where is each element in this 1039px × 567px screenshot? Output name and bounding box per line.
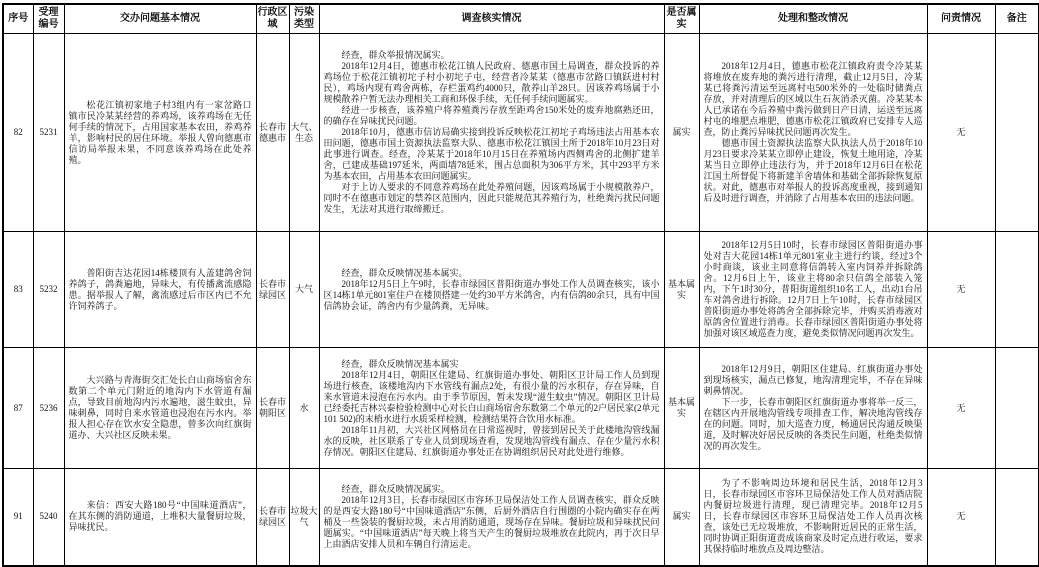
cell-case-no: 5236 xyxy=(33,348,64,469)
paragraph: 2018年12月5日10时，长春市绿园区普阳街道办事处对吉大花园14栋1单元80… xyxy=(704,240,923,339)
paragraph: 2018年11月初，大兴社区网格员在日常巡视时，曾接到居民关于此楼地沟管线漏水的… xyxy=(324,425,660,458)
cell-investigation: 经查，群众反映情况属实。2018年12月3日，长春市绿园区市容环卫局保洁处工作人… xyxy=(319,469,664,566)
col-header-handling: 处理和整改情况 xyxy=(699,4,927,34)
cell-seq: 82 xyxy=(3,34,33,232)
paragraph: 2018年12月4日，德惠市松花江镇政府责令冷某某将堆放在废弃地的粪污进行清理，… xyxy=(704,61,923,138)
col-header-seq: 序号 xyxy=(3,4,33,34)
cell-remark xyxy=(995,348,1039,469)
col-header-verified: 是否属实 xyxy=(664,4,699,34)
col-header-problem: 交办问题基本情况 xyxy=(64,4,256,34)
col-header-accountability: 问责情况 xyxy=(927,4,995,34)
paragraph: 经进一步核查，该养殖户将养殖粪污存放至距鸡舍150米处的废弃地腐熟还田，的确存在… xyxy=(324,105,660,127)
cell-remark xyxy=(995,232,1039,348)
cell-seq: 83 xyxy=(3,232,33,348)
table-row: 87 5236 大兴路与青海街交汇处长白山商场宿舍东数第二个单元门附近的地沟内下… xyxy=(3,348,1039,469)
cell-region: 长春市绿园区 xyxy=(256,232,289,348)
cell-handling: 2018年12月4日，德惠市松花江镇政府责令冷某某将堆放在废弃地的粪污进行清理，… xyxy=(699,34,927,232)
cell-problem: 普阳街吉达花园14栋楼顶有人盖建鸽舍饲养鸽子，鸽粪遍地，异味大，有传播禽流感隐患… xyxy=(64,232,256,348)
cell-pollution-type: 水 xyxy=(289,348,319,469)
col-header-investigation: 调查核实情况 xyxy=(319,4,664,34)
cell-remark xyxy=(995,469,1039,566)
cell-pollution-type: 垃圾大气 xyxy=(289,469,319,566)
cell-verified: 基本属实 xyxy=(664,348,699,469)
cell-accountability: 无 xyxy=(927,232,995,348)
paragraph: 德惠市国土资源执法监察大队执法人员于2018年10月23日要求冷某某立即停止建设… xyxy=(704,138,923,204)
cell-pollution-type: 大气 xyxy=(289,232,319,348)
cell-verified: 基本属实 xyxy=(664,232,699,348)
paragraph: 经查，群众举报情况属实。 xyxy=(324,50,660,61)
paragraph: 为了不影响周边环境和居民生活，2018年12月3日，长春市绿园区市容环卫局保洁处… xyxy=(704,478,923,555)
cell-accountability: 无 xyxy=(927,348,995,469)
col-header-pollution-type: 污染类型 xyxy=(289,4,319,34)
cell-seq: 87 xyxy=(3,348,33,469)
cell-investigation: 经查，群众反映情况基本属实2018年12月4日，朝阳区住建局、红旗街道办事处、朝… xyxy=(319,348,664,469)
cell-case-no: 5240 xyxy=(33,469,64,566)
paragraph: 下一步，长春市朝阳区红旗街道办事将举一反三，在辖区内开展地沟管线专项排查工作，解… xyxy=(704,397,923,452)
cell-accountability: 无 xyxy=(927,34,995,232)
cell-case-no: 5231 xyxy=(33,34,64,232)
cell-investigation: 经查，群众举报情况属实。2018年12月4日，德惠市松花江镇人民政府、德惠市国土… xyxy=(319,34,664,232)
cell-problem: 大兴路与青海街交汇处长白山商场宿舍东数第二个单元门附近的地沟内下水管道有漏点，导… xyxy=(64,348,256,469)
cell-investigation: 经查，群众反映情况基本属实。2018年12月5日上午9时，长春市绿园区普阳街道办… xyxy=(319,232,664,348)
paragraph: 经查，群众反映情况属实。 xyxy=(324,484,660,495)
paragraph: 对于上访人要求的不同意养鸡场在此处养殖问题，因该鸡场属于小规模散养户，同时不在德… xyxy=(324,182,660,215)
paragraph: 2018年12月4日，朝阳区住建局、红旗街道办事处、朝阳区卫计局工作人员到现场进… xyxy=(324,370,660,425)
header-row: 序号 受理编号 交办问题基本情况 行政区域 污染类型 调查核实情况 是否属实 处… xyxy=(3,4,1039,34)
paragraph: 松花江镇初家地子村3组内有一家岔路口镇市民冷某某经营的养鸡场，该养鸡场在无任何手… xyxy=(69,100,252,166)
cell-region: 长春市朝阳区 xyxy=(256,348,289,469)
cell-pollution-type: 大气、生态 xyxy=(289,34,319,232)
paragraph: 经查，群众反映情况基本属实。 xyxy=(324,268,660,279)
table-row: 91 5240 来信：西安大路180号“中国味道酒店”，在其东侧的消防通道，上堆… xyxy=(3,469,1039,566)
cell-handling: 2018年12月5日10时，长春市绿园区普阳街道办事处对吉大花园14栋1单元80… xyxy=(699,232,927,348)
cell-accountability: 无 xyxy=(927,469,995,566)
col-header-remark: 备注 xyxy=(995,4,1039,34)
table-row: 82 5231 松花江镇初家地子村3组内有一家岔路口镇市民冷某某经营的养鸡场，该… xyxy=(3,34,1039,232)
paragraph: 大兴路与青海街交汇处长白山商场宿舍东数第二个单元门附近的地沟内下水管道有漏点，导… xyxy=(69,375,252,441)
paragraph: 2018年12月4日，德惠市松花江镇人民政府、德惠市国土局调查，群众投诉的养鸡场… xyxy=(324,61,660,105)
complaint-handling-table: 序号 受理编号 交办问题基本情况 行政区域 污染类型 调查核实情况 是否属实 处… xyxy=(2,3,1039,567)
cell-handling: 为了不影响周边环境和居民生活，2018年12月3日，长春市绿园区市容环卫局保洁处… xyxy=(699,469,927,566)
document-page: 序号 受理编号 交办问题基本情况 行政区域 污染类型 调查核实情况 是否属实 处… xyxy=(0,0,1039,567)
col-header-case-no: 受理编号 xyxy=(33,4,64,34)
cell-verified: 属实 xyxy=(664,469,699,566)
cell-region: 长春市德惠市 xyxy=(256,34,289,232)
paragraph: 2018年12月9日，朝阳区住建局、红旗街道办事处到现场核实，漏点已修复，地沟清… xyxy=(704,364,923,397)
cell-problem: 来信：西安大路180号“中国味道酒店”，在其东侧的消防通道，上堆积大量餐厨垃圾，… xyxy=(64,469,256,566)
paragraph: 2018年10月，德惠市信访局确实接到投诉反映松花江初坨子鸡场违法占用基本农田问… xyxy=(324,127,660,182)
paragraph: 2018年12月3日，长春市绿园区市容环卫局保洁处工作人员调查核实，群众反映的是… xyxy=(324,495,660,550)
paragraph: 普阳街吉达花园14栋楼顶有人盖建鸽舍饲养鸽子，鸽粪遍地，异味大，有传播禽流感隐患… xyxy=(69,268,252,312)
paragraph: 经查，群众反映情况基本属实 xyxy=(324,359,660,370)
cell-region: 长春市绿园区 xyxy=(256,469,289,566)
cell-case-no: 5232 xyxy=(33,232,64,348)
cell-problem: 松花江镇初家地子村3组内有一家岔路口镇市民冷某某经营的养鸡场，该养鸡场在无任何手… xyxy=(64,34,256,232)
paragraph: 2018年12月5日上午9时，长春市绿园区普阳街道办事处工作人员调查核实，该小区… xyxy=(324,279,660,312)
col-header-region: 行政区域 xyxy=(256,4,289,34)
cell-verified: 属实 xyxy=(664,34,699,232)
paragraph: 来信：西安大路180号“中国味道酒店”，在其东侧的消防通道，上堆积大量餐厨垃圾，… xyxy=(69,500,252,533)
cell-remark xyxy=(995,34,1039,232)
cell-seq: 91 xyxy=(3,469,33,566)
table-row: 83 5232 普阳街吉达花园14栋楼顶有人盖建鸽舍饲养鸽子，鸽粪遍地，异味大，… xyxy=(3,232,1039,348)
cell-handling: 2018年12月9日，朝阳区住建局、红旗街道办事处到现场核实，漏点已修复，地沟清… xyxy=(699,348,927,469)
